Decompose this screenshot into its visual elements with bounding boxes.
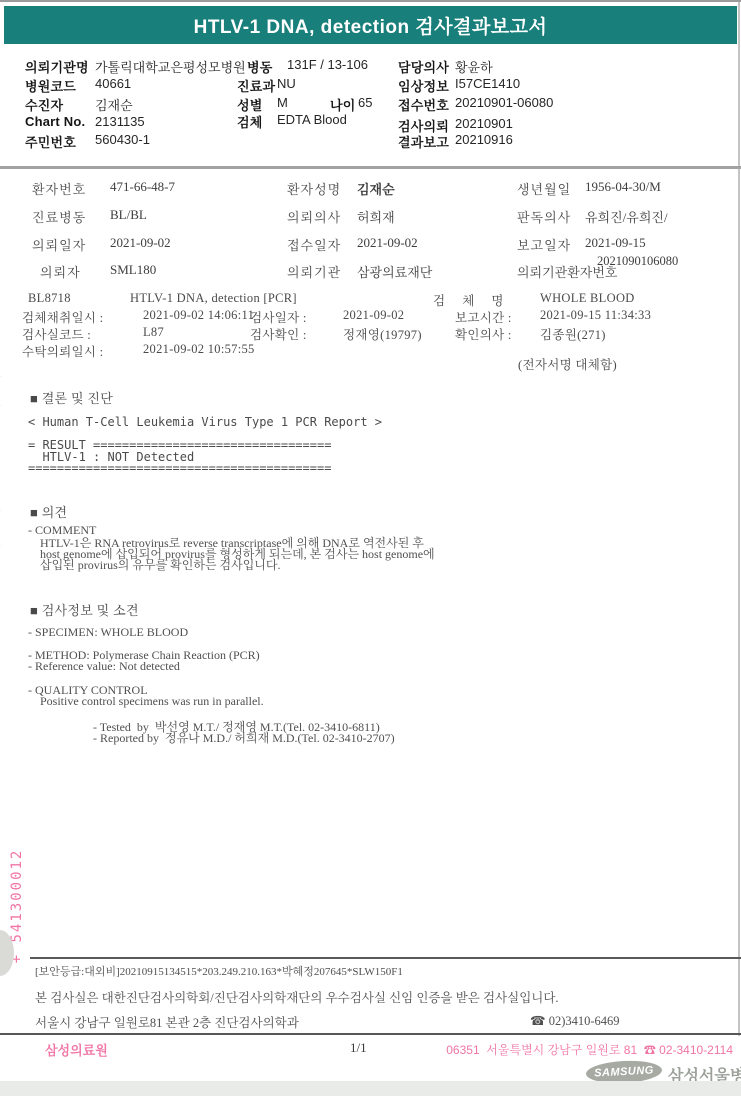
security-divider (30, 957, 741, 959)
field-label: 수탁의뢰일시 : (22, 342, 103, 360)
field-value: 삼광의료재단 (357, 262, 432, 281)
field-label: 생년월일 (517, 179, 571, 198)
comment-line: 삽입된 provirus의 유무를 확인하는 검사입니다. (40, 556, 280, 573)
field-value: 20210901 (455, 116, 513, 131)
field-label: Chart No. (25, 114, 85, 129)
opinion-section-heading: ■ 의견 (30, 502, 67, 521)
field-label: 환자성명 (287, 179, 341, 198)
field-label: 진료과 (237, 76, 275, 95)
dept-phone: ☎ 02)3410-6469 (530, 1013, 620, 1029)
field-value: 가톨릭대학교은평성모병원 (95, 57, 246, 76)
samsung-logo-text: SAMSUNG (594, 1064, 654, 1079)
field-label: 의뢰기관 (287, 262, 341, 281)
field-label: 의뢰일자 (32, 235, 86, 254)
scan-artifact (0, 510, 10, 546)
field-label: 접수번호 (398, 95, 449, 114)
footer-address: 06351 서울특별시 강남구 일원로 81 ☎ 02-3410-2114 (446, 1041, 733, 1058)
field-value: M (277, 95, 288, 110)
scan-artifact (0, 376, 10, 406)
field-value: 2021-09-02 14:06:11 (143, 308, 254, 323)
field-label: 담당의사 (398, 57, 449, 76)
field-label: 의뢰자 (40, 262, 81, 281)
field-label: 검사실코드 : (22, 325, 91, 343)
field-label: 수진자 (25, 95, 63, 114)
field-label: 확인의사 : (455, 325, 512, 343)
field-value: 2021-09-15 (585, 235, 646, 251)
footer-divider (0, 1033, 741, 1035)
specimen-label: 검 체 명 (433, 291, 510, 309)
field-label: 보고일자 (517, 235, 571, 254)
specimen-line: - SPECIMEN: WHOLE BLOOD (28, 625, 188, 640)
result-subtitle: < Human T-Cell Leukemia Virus Type 1 PCR… (28, 415, 382, 429)
field-label: 병동 (247, 57, 273, 76)
field-label: 병원코드 (25, 76, 76, 95)
footer-org: 삼성의료원 (45, 1040, 108, 1059)
field-label: 의뢰의사 (287, 207, 341, 226)
section-divider (0, 166, 741, 169)
field-value: NU (277, 76, 296, 91)
field-value: 471-66-48-7 (110, 179, 175, 195)
field-label: 판독의사 (517, 207, 571, 226)
reference-line: - Reference value: Not detected (28, 659, 180, 674)
field-value: 2021090106080 (597, 254, 694, 268)
field-value: 허희재 (357, 207, 395, 226)
field-value: 김재순 (95, 95, 133, 114)
field-value: 황윤하 (455, 57, 493, 76)
right-edge-line (738, 2, 740, 1036)
bottom-strip (0, 1081, 741, 1096)
field-label: 의뢰기관명 (25, 57, 89, 76)
field-label: 검체 (237, 112, 263, 131)
field-value: 560430-1 (95, 132, 150, 147)
field-value: 131F / 13-106 (287, 57, 368, 72)
field-value: 유희진/유희진/ (585, 207, 668, 226)
report-title-banner: HTLV-1 DNA, detection 검사결과보고서 (4, 6, 737, 44)
field-label: 진료병동 (32, 207, 86, 226)
result-line: ========================================… (28, 461, 331, 475)
field-value: 김종원(271) (540, 325, 606, 343)
field-label: 접수일자 (287, 235, 341, 254)
field-value: 2021-09-02 10:57:55 (143, 342, 255, 357)
field-value: I57CE1410 (455, 76, 520, 91)
result-section-heading: ■ 결론 및 진단 (30, 388, 113, 407)
field-value: 2021-09-02 (110, 235, 171, 251)
field-value: 2021-09-15 11:34:33 (540, 308, 651, 323)
lab-report-page: HTLV-1 DNA, detection 검사결과보고서 의뢰기관명 가톨릭대… (0, 0, 741, 1096)
field-value: BL/BL (110, 207, 147, 223)
reported-by-line: - Reported by 정유나 M.D./ 허희재 M.D.(Tel. 02… (93, 729, 395, 746)
field-label: 결과보고 (398, 132, 449, 151)
field-value: 65 (358, 95, 372, 110)
field-label: 보고시간 : (455, 308, 512, 326)
field-label: 검사확인 : (250, 325, 307, 343)
field-label: 검체채취일시 : (22, 308, 103, 326)
field-value: 1956-04-30/M (585, 179, 661, 195)
top-edge-line (0, 0, 741, 2)
field-value: 김재순 (357, 179, 395, 198)
exam-section-heading: ■ 검사정보 및 소견 (30, 600, 139, 619)
page-number: 1/1 (350, 1040, 367, 1056)
specimen-value: WHOLE BLOOD (540, 291, 635, 306)
field-label: 환자번호 (32, 179, 86, 198)
qc-text: Positive control specimens was run in pa… (40, 694, 264, 709)
esign-note: (전자서명 대체함) (518, 355, 617, 373)
field-value: EDTA Blood (277, 112, 347, 127)
field-value: 2021-09-02 (343, 308, 404, 323)
scan-artifact (0, 682, 9, 708)
field-value: SML180 (110, 262, 156, 278)
field-value: 40661 (95, 76, 131, 91)
field-value: 20210901-06080 (455, 95, 553, 110)
accreditation-line: 본 검사실은 대한진단검사의학회/진단검사의학재단의 우수검사실 신임 인증을 … (35, 988, 559, 1006)
security-line: [보안등급:대외비]20210915134515*203.249.210.163… (35, 963, 403, 979)
field-value: L87 (143, 325, 164, 340)
dept-address: 서울시 강남구 일원로81 본관 2층 진단검사의학과 (35, 1013, 299, 1031)
field-value: 2131135 (95, 114, 145, 129)
field-label: 임상정보 (398, 76, 449, 95)
field-label: 주민번호 (25, 132, 76, 151)
test-code: BL8718 (28, 291, 71, 306)
field-value: 정재영(19797) (343, 325, 422, 343)
field-value: 2021-09-02 (357, 235, 418, 251)
field-value: 20210916 (455, 132, 513, 147)
field-label: 검사일자 : (250, 308, 307, 326)
test-name: HTLV-1 DNA, detection [PCR] (130, 291, 297, 306)
report-title: HTLV-1 DNA, detection 검사결과보고서 (194, 12, 548, 39)
